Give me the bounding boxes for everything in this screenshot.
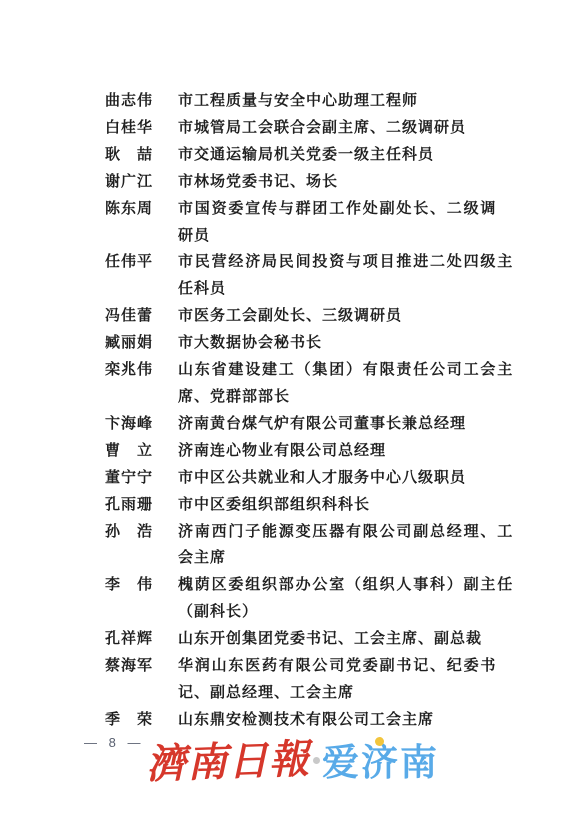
person-position: 市城管局工会联合会副主席、二级调研员 — [178, 115, 545, 142]
list-item: 臧丽娟 市大数据协会秘书长 — [105, 330, 545, 357]
position-line: 市国资委宣传与群团工作处副处长、二级调 — [178, 196, 545, 223]
position-line: 市林场党委书记、场长 — [178, 169, 545, 196]
list-item: 孔雨珊 市中区委组织部组织科科长 — [105, 492, 545, 519]
page-number: — 8 — — [84, 735, 144, 750]
logo-separator-dot-icon — [313, 757, 320, 764]
person-position: 市大数据协会秘书长 — [178, 330, 545, 357]
roster-list: 曲志伟 市工程质量与安全中心助理工程师 白桂华 市城管局工会联合会副主席、二级调… — [105, 88, 545, 734]
aijinan-logo-text: 爱济南 — [322, 742, 439, 783]
person-position: 市交通运输局机关党委一级主任科员 — [178, 142, 545, 169]
person-position: 山东省建设建工（集团）有限责任公司工会主席、党群部部长 — [178, 357, 545, 411]
list-item: 曲志伟 市工程质量与安全中心助理工程师 — [105, 88, 545, 115]
person-position: 山东开创集团党委书记、工会主席、副总裁 — [178, 626, 545, 653]
person-name: 陈东周 — [105, 196, 152, 223]
person-name: 李 伟 — [105, 572, 152, 599]
person-position: 市工程质量与安全中心助理工程师 — [178, 88, 545, 115]
list-item: 任伟平 市民营经济局民间投资与项目推进二处四级主任科员 — [105, 249, 545, 303]
person-name: 季 荣 — [105, 707, 152, 734]
position-line: 济南黄台煤气炉有限公司董事长兼总经理 — [178, 411, 545, 438]
list-item: 谢广江 市林场党委书记、场长 — [105, 169, 545, 196]
list-item: 孔祥辉 山东开创集团党委书记、工会主席、副总裁 — [105, 626, 545, 653]
position-line: 市医务工会副处长、三级调研员 — [178, 303, 545, 330]
list-item: 耿 喆 市交通运输局机关党委一级主任科员 — [105, 142, 545, 169]
person-name: 白桂华 — [105, 115, 152, 142]
position-line: 山东鼎安检测技术有限公司工会主席 — [178, 707, 545, 734]
person-name: 耿 喆 — [105, 142, 152, 169]
person-position: 槐荫区委组织部办公室（组织人事科）副主任（副科长） — [178, 572, 545, 626]
person-name: 曲志伟 — [105, 88, 152, 115]
list-item: 蔡海军 华润山东医药有限公司党委副书记、纪委书记、副总经理、工会主席 — [105, 653, 545, 707]
position-line: 山东省建设建工（集团）有限责任公司工会主 — [178, 357, 545, 384]
position-line: 记、副总经理、工会主席 — [178, 680, 545, 707]
position-line: 山东开创集团党委书记、工会主席、副总裁 — [178, 626, 545, 653]
person-name: 臧丽娟 — [105, 330, 152, 357]
position-line: 市工程质量与安全中心助理工程师 — [178, 88, 545, 115]
position-line: 任科员 — [178, 276, 545, 303]
person-name: 冯佳蕾 — [105, 303, 152, 330]
position-line: 华润山东医药有限公司党委副书记、纪委书 — [178, 653, 545, 680]
person-position: 市民营经济局民间投资与项目推进二处四级主任科员 — [178, 249, 545, 303]
aijinan-logo: 爱济南 — [322, 740, 439, 786]
position-line: 研员 — [178, 223, 545, 250]
position-line: 济南西门子能源变压器有限公司副总经理、工 — [178, 519, 545, 546]
person-name: 蔡海军 — [105, 653, 152, 680]
person-position: 市国资委宣传与群团工作处副处长、二级调研员 — [178, 196, 545, 250]
document-page: 曲志伟 市工程质量与安全中心助理工程师 白桂华 市城管局工会联合会副主席、二级调… — [0, 0, 580, 821]
position-line: 市交通运输局机关党委一级主任科员 — [178, 142, 545, 169]
position-line: 市城管局工会联合会副主席、二级调研员 — [178, 115, 545, 142]
person-name: 董宁宁 — [105, 465, 152, 492]
position-line: 市中区委组织部组织科科长 — [178, 492, 545, 519]
list-item: 栾兆伟 山东省建设建工（集团）有限责任公司工会主席、党群部部长 — [105, 357, 545, 411]
position-line: 市民营经济局民间投资与项目推进二处四级主 — [178, 249, 545, 276]
position-line: 济南连心物业有限公司总经理 — [178, 438, 545, 465]
person-name: 栾兆伟 — [105, 357, 152, 384]
position-line: （副科长） — [178, 599, 545, 626]
list-item: 白桂华 市城管局工会联合会副主席、二级调研员 — [105, 115, 545, 142]
person-name: 任伟平 — [105, 249, 152, 276]
person-name: 孔祥辉 — [105, 626, 152, 653]
person-name: 孙 浩 — [105, 519, 152, 546]
list-item: 孙 浩 济南西门子能源变压器有限公司副总经理、工会主席 — [105, 519, 545, 573]
person-name: 卞海峰 — [105, 411, 152, 438]
person-position: 市林场党委书记、场长 — [178, 169, 545, 196]
position-line: 槐荫区委组织部办公室（组织人事科）副主任 — [178, 572, 545, 599]
list-item: 季 荣 山东鼎安检测技术有限公司工会主席 — [105, 707, 545, 734]
jinan-daily-logo: 濟南日報 — [145, 733, 323, 791]
person-name: 曹 立 — [105, 438, 152, 465]
position-line: 市大数据协会秘书长 — [178, 330, 545, 357]
list-item: 卞海峰 济南黄台煤气炉有限公司董事长兼总经理 — [105, 411, 545, 438]
person-position: 市中区委组织部组织科科长 — [178, 492, 545, 519]
position-line: 席、党群部部长 — [178, 384, 545, 411]
person-position: 市中区公共就业和人才服务中心八级职员 — [178, 465, 545, 492]
person-position: 济南西门子能源变压器有限公司副总经理、工会主席 — [178, 519, 545, 573]
person-position: 华润山东医药有限公司党委副书记、纪委书记、副总经理、工会主席 — [178, 653, 545, 707]
list-item: 冯佳蕾 市医务工会副处长、三级调研员 — [105, 303, 545, 330]
list-item: 曹 立 济南连心物业有限公司总经理 — [105, 438, 545, 465]
list-item: 董宁宁 市中区公共就业和人才服务中心八级职员 — [105, 465, 545, 492]
position-line: 会主席 — [178, 545, 545, 572]
person-position: 济南连心物业有限公司总经理 — [178, 438, 545, 465]
person-position: 济南黄台煤气炉有限公司董事长兼总经理 — [178, 411, 545, 438]
aijinan-accent-dot-icon — [375, 737, 384, 746]
person-position: 市医务工会副处长、三级调研员 — [178, 303, 545, 330]
person-name: 孔雨珊 — [105, 492, 152, 519]
person-name: 谢广江 — [105, 169, 152, 196]
position-line: 市中区公共就业和人才服务中心八级职员 — [178, 465, 545, 492]
person-position: 山东鼎安检测技术有限公司工会主席 — [178, 707, 545, 734]
list-item: 陈东周 市国资委宣传与群团工作处副处长、二级调研员 — [105, 196, 545, 250]
list-item: 李 伟 槐荫区委组织部办公室（组织人事科）副主任（副科长） — [105, 572, 545, 626]
